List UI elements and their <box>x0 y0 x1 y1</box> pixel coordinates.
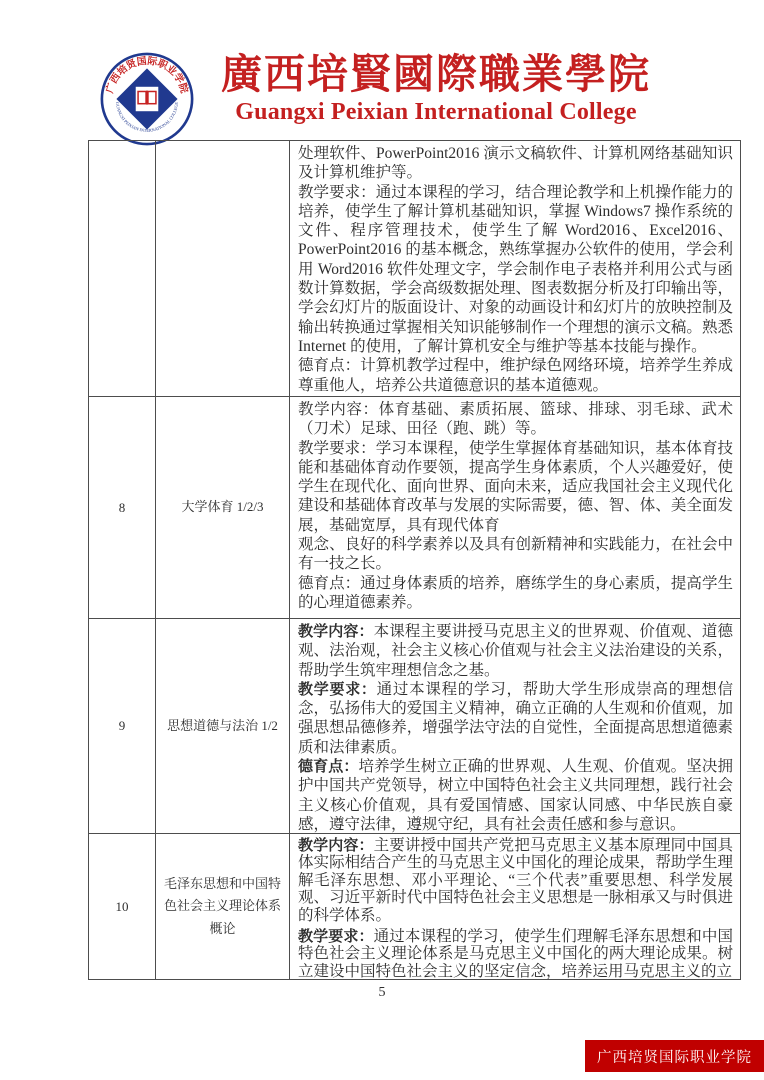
paragraph: 教学要求：学习本课程，使学生掌握体育基础知识，基本体育技能和基础体育动作要领，提… <box>298 439 733 535</box>
paragraph: 教学内容：本课程主要讲授马克思主义的世界观、价值观、道德观、法治观，社会主义核心… <box>298 622 733 680</box>
paragraph: 处理软件、PowerPoint2016 演示文稿软件、计算机网络基础知识及计算机… <box>298 144 733 183</box>
course-desc-cell: 教学内容：体育基础、素质拓展、篮球、排球、羽毛球、武术（刀术）足球、田径（跑、跳… <box>289 397 740 618</box>
paragraph-label: 教学要求： <box>298 927 374 945</box>
paragraph-text: 通过身体素质的培养，磨练学生的身心素质，提高学生的心理道德素养。 <box>298 575 733 611</box>
paragraph: 德育点：通过身体素质的培养，磨练学生的身心素质，提高学生的心理道德素养。 <box>298 574 733 613</box>
college-title-block: 廣西培賢國際職業學院 Guangxi Peixian International… <box>208 52 664 126</box>
course-name-cell: 大学体育 1/2/3 <box>155 397 289 618</box>
course-name-cell: 思想道德与法治 1/2 <box>155 619 289 833</box>
paragraph-label: 德育点： <box>298 757 358 775</box>
college-name-zh: 廣西培賢國際職業學院 <box>208 52 664 98</box>
course-desc-cell: 处理软件、PowerPoint2016 演示文稿软件、计算机网络基础知识及计算机… <box>289 141 740 396</box>
paragraph-text: 观念、良好的科学素养以及具有创新精神和实践能力，在社会中有一技之长。 <box>298 536 733 572</box>
paragraph-text: 计算机教学过程中，维护绿色网络环境，培养学生养成尊重他人，培养公共道德意识的基本… <box>298 357 733 393</box>
course-desc-cell: 教学内容：本课程主要讲授马克思主义的世界观、价值观、道德观、法治观，社会主义核心… <box>289 619 740 833</box>
paragraph-label: 德育点： <box>298 575 360 592</box>
document-header: 广西培贤国际职业学院 GUANGXI PEIXIAN INTERNATIONAL… <box>100 52 664 146</box>
paragraph: 教学要求：通过本课程的学习，帮助大学生形成崇高的理想信念，弘扬伟大的爱国主义精神… <box>298 680 733 757</box>
document-page: 广西培贤国际职业学院 GUANGXI PEIXIAN INTERNATIONAL… <box>0 0 764 1080</box>
course-no-cell: 10 <box>89 834 155 979</box>
footer-college-label: 广西培贤国际职业学院 <box>585 1040 764 1072</box>
paragraph: 德育点：计算机教学过程中，维护绿色网络环境，培养学生养成尊重他人，培养公共道德意… <box>298 356 733 395</box>
course-name-cell <box>155 141 289 396</box>
college-name-en: Guangxi Peixian International College <box>208 99 664 126</box>
table-row: 处理软件、PowerPoint2016 演示文稿软件、计算机网络基础知识及计算机… <box>89 141 740 396</box>
paragraph-label: 教学要求： <box>298 184 376 201</box>
course-no-cell: 8 <box>89 397 155 618</box>
college-logo: 广西培贤国际职业学院 GUANGXI PEIXIAN INTERNATIONAL… <box>100 52 194 146</box>
paragraph-label: 教学内容： <box>298 836 374 854</box>
page-number: 5 <box>0 985 764 1001</box>
paragraph: 教学内容：体育基础、素质拓展、篮球、排球、羽毛球、武术（刀术）足球、田径（跑、跳… <box>298 400 733 439</box>
paragraph-label: 教学要求： <box>298 440 376 457</box>
table-row: 10 毛泽东思想和中国特色社会主义理论体系概论 教学内容：主要讲授中国共产党把马… <box>89 833 740 979</box>
paragraph: 德育点：培养学生树立正确的世界观、人生观、价值观。坚决拥护中国共产党领导，树立中… <box>298 757 733 833</box>
paragraph-label: 德育点： <box>298 357 360 374</box>
paragraph: 教学要求：通过本课程的学习，结合理论教学和上机操作能力的培养，使学生了解计算机基… <box>298 183 733 357</box>
paragraph: 教学内容：主要讲授中国共产党把马克思主义基本原理同中国具体实际相结合产生的马克思… <box>298 837 733 924</box>
paragraph: 教学要求：通过本课程的学习，使学生们理解毛泽东思想和中国特色社会主义理论体系是马… <box>298 928 733 979</box>
course-name-cell: 毛泽东思想和中国特色社会主义理论体系概论 <box>155 834 289 979</box>
book-icon <box>138 91 156 105</box>
table-row: 8 大学体育 1/2/3 教学内容：体育基础、素质拓展、篮球、排球、羽毛球、武术… <box>89 396 740 618</box>
paragraph-label: 教学要求： <box>298 680 377 698</box>
table-row: 9 思想道德与法治 1/2 教学内容：本课程主要讲授马克思主义的世界观、价值观、… <box>89 618 740 833</box>
course-no-cell: 9 <box>89 619 155 833</box>
paragraph-text: 通过本课程的学习，结合理论教学和上机操作能力的培养，使学生了解计算机基础知识，掌… <box>298 184 733 355</box>
course-desc-cell: 教学内容：主要讲授中国共产党把马克思主义基本原理同中国具体实际相结合产生的马克思… <box>289 834 740 979</box>
paragraph-text: 培养学生树立正确的世界观、人生观、价值观。坚决拥护中国共产党领导，树立中国特色社… <box>298 758 733 833</box>
paragraph-text: 处理软件、PowerPoint2016 演示文稿软件、计算机网络基础知识及计算机… <box>298 145 733 181</box>
college-seal-icon: 广西培贤国际职业学院 GUANGXI PEIXIAN INTERNATIONAL… <box>100 52 194 146</box>
paragraph-label: 教学内容： <box>298 401 379 418</box>
paragraph: 观念、良好的科学素养以及具有创新精神和实践能力，在社会中有一技之长。 <box>298 535 733 574</box>
course-no-cell <box>89 141 155 396</box>
course-table: 处理软件、PowerPoint2016 演示文稿软件、计算机网络基础知识及计算机… <box>88 140 741 980</box>
paragraph-label: 教学内容： <box>298 622 374 640</box>
